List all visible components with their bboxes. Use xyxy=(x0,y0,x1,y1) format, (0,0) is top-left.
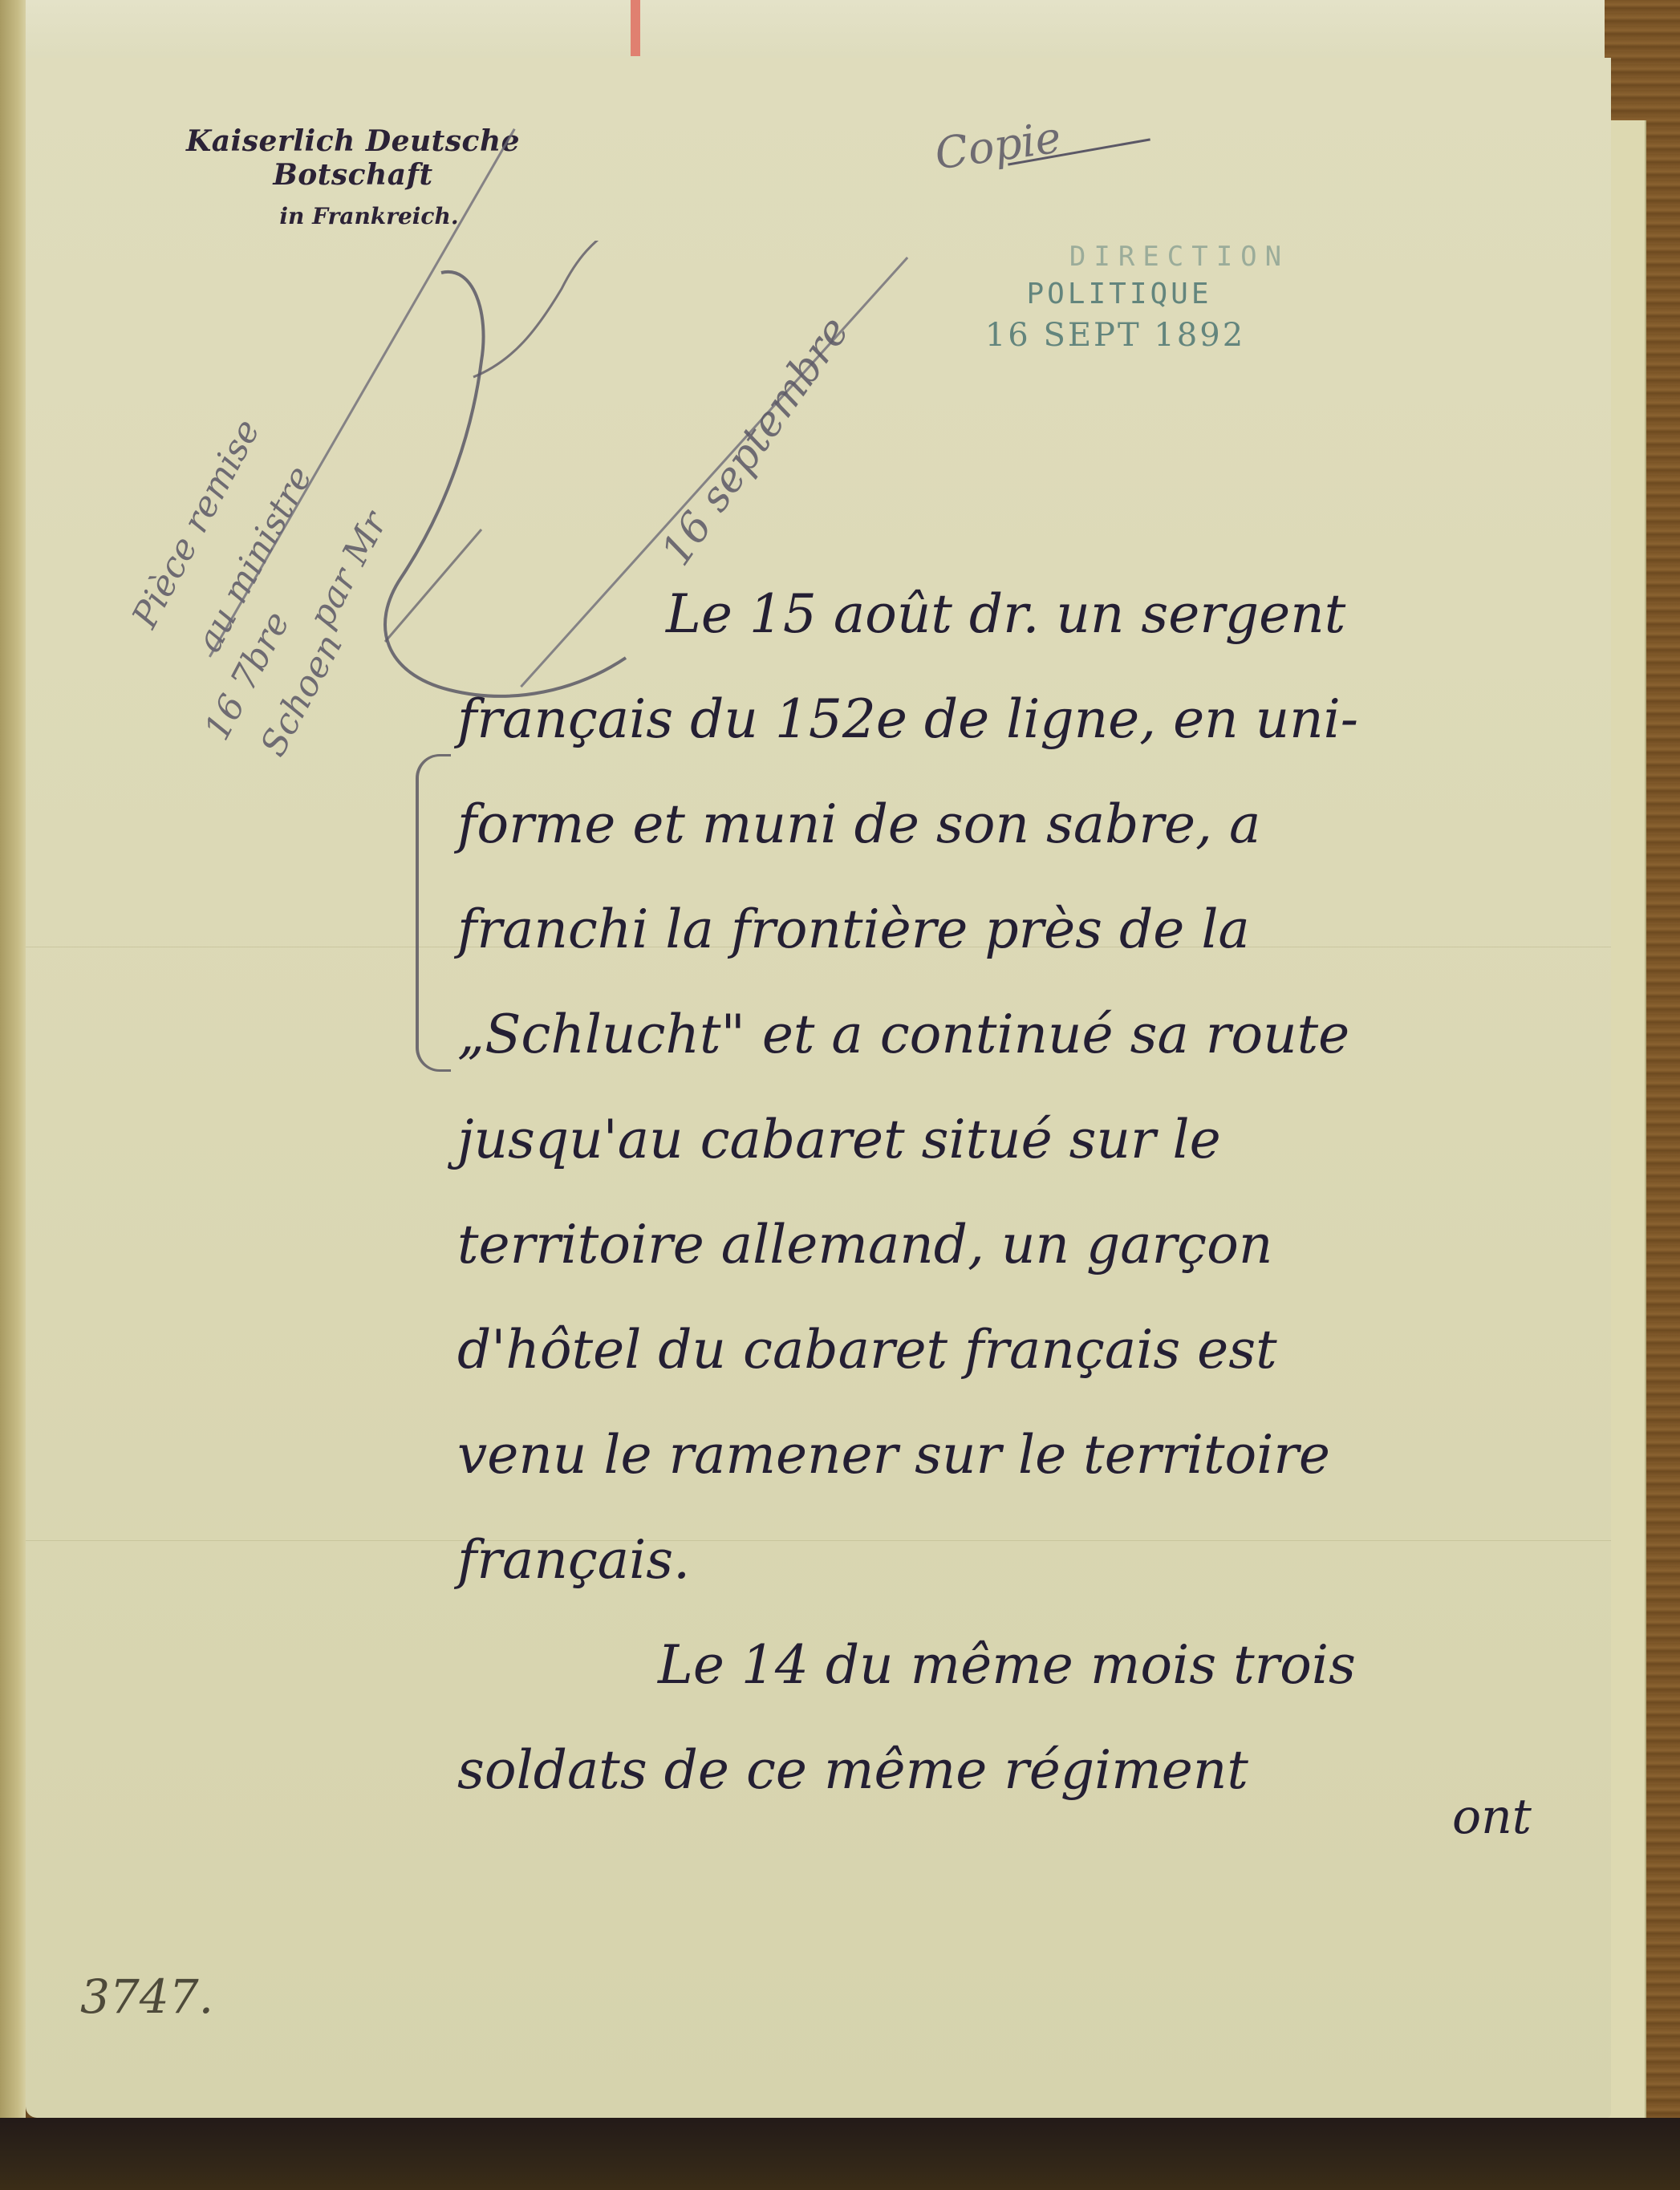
folio-number: 3747. xyxy=(80,1969,213,2024)
body-line: soldats de ce même régiment xyxy=(457,1718,1581,1823)
letterhead: Kaiserlich Deutsche Botschaft in Frankre… xyxy=(104,124,602,229)
body-line: franchi la frontière près de la xyxy=(457,877,1581,982)
letter-body: Le 15 août dr. un sergent français du 15… xyxy=(457,562,1581,1823)
red-binding-tape xyxy=(631,0,640,56)
body-line: Le 15 août dr. un sergent xyxy=(457,562,1581,667)
stamp-line-direction: DIRECTION xyxy=(1063,241,1296,273)
letterhead-title: Kaiserlich Deutsche Botschaft xyxy=(104,124,602,192)
letterhead-subtitle: in Frankreich. xyxy=(136,203,602,229)
body-line: venu le ramener sur le territoire xyxy=(457,1402,1581,1507)
body-line: français du 152e de ligne, en uni- xyxy=(457,667,1581,772)
margin-bracket xyxy=(416,754,451,1072)
body-line: Le 14 du même mois trois xyxy=(457,1612,1581,1718)
body-line: territoire allemand, un garçon xyxy=(457,1192,1581,1297)
received-stamp: DIRECTION POLITIQUE 16 SEPT 1892 xyxy=(991,241,1296,354)
stamp-date: 16 SEPT 1892 xyxy=(935,317,1296,354)
stamp-line-politique: POLITIQUE xyxy=(943,278,1296,310)
bottom-shadow xyxy=(0,2118,1680,2190)
volume-binding-edge xyxy=(0,0,26,2118)
previous-sheet-flap xyxy=(26,0,1605,59)
body-line: français. xyxy=(457,1507,1581,1612)
body-line: forme et muni de son sabre, a xyxy=(457,772,1581,877)
catchword: ont xyxy=(1452,1789,1532,1845)
body-line: d'hôtel du cabaret français est xyxy=(457,1297,1581,1402)
body-line: jusqu'au cabaret situé sur le xyxy=(457,1087,1581,1192)
body-line: „Schlucht" et a continué sa route xyxy=(457,982,1581,1087)
